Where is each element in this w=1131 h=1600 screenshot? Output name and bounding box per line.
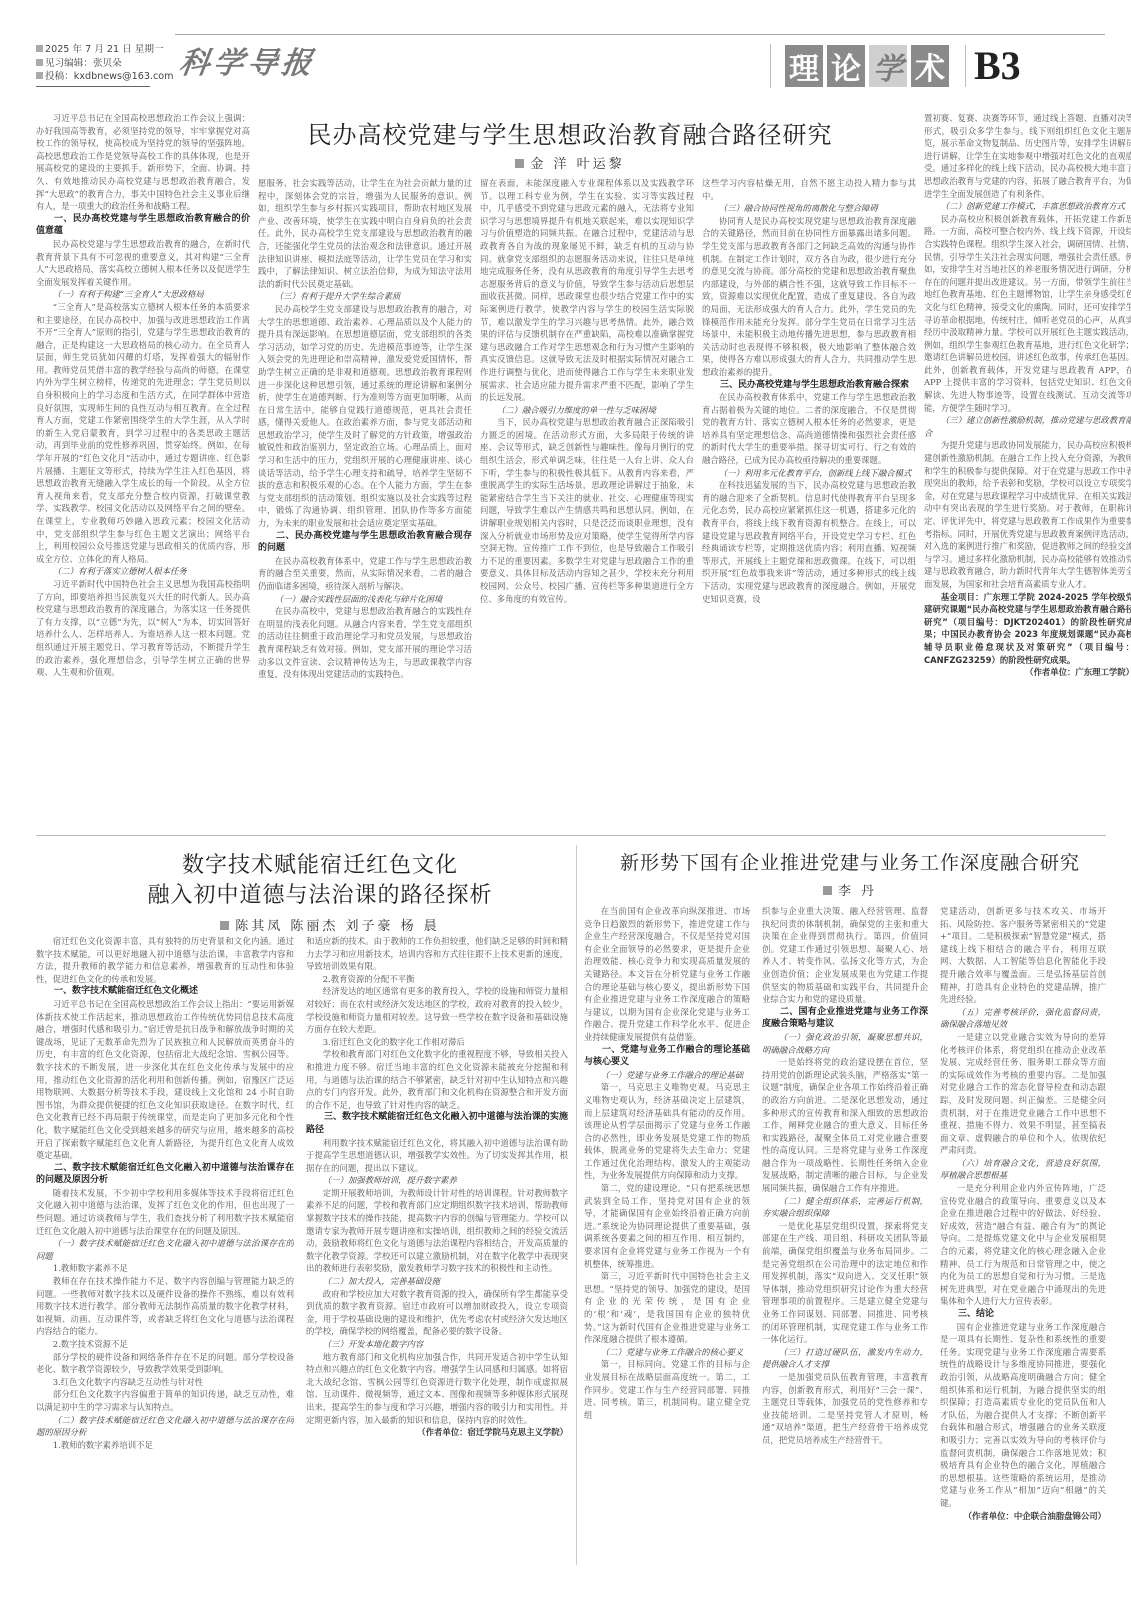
- article2-title-line1: 数字技术赋能宿迁红色文化: [60, 848, 580, 879]
- paragraph: 民办高校应积极创新教育载体，开拓党建工作新思路。一方面，高校可整合校内外、线上线…: [924, 213, 1131, 415]
- paragraph: 2.数字技术资源不足: [36, 1338, 294, 1351]
- article2-col-2: 和适应新的技术。由于教师的工作负担较重，他们缺乏足够的时间和精力去学习和应用新技…: [306, 935, 568, 1590]
- paragraph: 民办高校党建与学生思想政治教育的融合，在新时代教育背景下具有不可忽视的重要意义，…: [36, 238, 250, 288]
- author-affiliation: （作者单位：广东理工学院）: [924, 666, 1131, 679]
- article2-authors: 陈其凤 陈丽杰 刘子豪 杨 晨: [140, 915, 520, 934]
- article1-columns: 习近平总书记在全国高校思想政治工作会议上强调：办好我国高等教育，必须坚持党的领导…: [36, 112, 1106, 832]
- article2-title-line2: 融入初中道德与法治课的路径探析: [60, 878, 580, 909]
- subsection-heading: （二）创新党建工作模式，丰富思想政治教育方式: [924, 200, 1131, 213]
- paragraph: 在科技迅猛发展的当下，民办高校党建与思想政治教育的融合迎来了全新契机。信息时代使…: [702, 479, 916, 605]
- paragraph: 在民办高校教育体系中，党建工作与学生思想政治教育占据着极为关键的地位。二者的深度…: [702, 391, 916, 467]
- section-divider: [36, 835, 1106, 836]
- section-heading: 三、民办高校党建与学生思想政治教育融合探索: [702, 379, 916, 392]
- subsection-heading: （一）强化政治引领，凝聚思想共识，明确融合战略方向: [762, 1031, 928, 1056]
- section-heading: 三、结论: [940, 1308, 1106, 1321]
- subsection-heading: （一）利用多元化教育平台，创新线上线下融合模式: [702, 467, 916, 480]
- paragraph: 在当前国有企业改革向纵深推进、市场竞争日趋激烈的新形势下，推进党建工作与企业生产…: [584, 905, 750, 1044]
- paragraph: 教师在存在技术操作能力不足、数字内容创编与管理能力缺乏的问题。一些教师对数字技术…: [36, 1275, 294, 1338]
- subsection-heading: （三）建立创新性激励机制，推动党建与思政教育融合: [924, 414, 1131, 439]
- article3-title: 新形势下国有企业推进党建与业务工作深度融合研究: [590, 848, 1110, 875]
- section-heading: 一、数字技术赋能宿迁红色文化概述: [36, 985, 294, 998]
- paragraph: 宿迁红色文化资源丰富，具有独特的历史背景和文化内涵。通过数字技术赋能，可以更好地…: [36, 935, 294, 985]
- paragraph: 经济发达的地区通常有更多的教育投入，学校的设施和师资力量相对较好；而在农村或经济…: [306, 985, 568, 1035]
- column-divider: [576, 845, 577, 1565]
- subsection-heading: （一）加强教师培训，提升数字素养: [306, 1174, 568, 1187]
- paragraph: 随着技术发展，不少初中学校利用多媒体等技术手段将宿迁红色文化融入初中道德与法治课…: [36, 1187, 294, 1237]
- author-affiliation: （作者单位：宿迁学院马克思主义学院）: [306, 1426, 568, 1439]
- paragraph: 一是建立以党业融合实效为导向的差异化考核评价体系，将党组织在推动企业改革发展、完…: [940, 1031, 1106, 1157]
- paragraph: 置初赛、复赛、决赛等环节，通过线上答题、直播对决等形式，吸引众多学生参与。线下则…: [924, 112, 1131, 200]
- article1-col-3: 留在表面，未能深度融入专业课程体系以及实践教学环节。以理工科专业为例，学生在实验…: [480, 177, 694, 827]
- paragraph: 第一，目标同向。党建工作的目标与企业发展目标在战略层面高度统一。第二，工作同步。…: [584, 1358, 750, 1421]
- subsection-heading: （三）有利于提升大学生综合素质: [258, 290, 472, 303]
- section-heading: 一、民办高校党建与学生思想政治教育融合的价值意蕴: [36, 213, 250, 238]
- square-bullet-icon: [220, 921, 229, 930]
- subsection-heading: （二）有利于落实立德树人根本任务: [36, 565, 250, 578]
- subsection-heading: （三）打造过硬队伍，激发内生动力，提供融合人才支撑: [762, 1346, 928, 1371]
- paragraph: 在民办高校教育体系中，党建工作与学生思想政治教育的融合至关重要，然而，从实际情况…: [258, 555, 472, 593]
- paragraph: “三全育人”是高校落实立德树人根本任务的本质要求和主要途径，在民办高校中，加强与…: [36, 301, 250, 565]
- subsection-heading: （六）培育融合文化，营造良好氛围，厚植融合思想根基: [940, 1157, 1106, 1182]
- subsection-heading: （二）健全组织体系，完善运行机制，夯实融合组织保障: [762, 1195, 928, 1220]
- paragraph: 一是优化基层党组织设置，探索将党支部建在生产线、项目组、科研攻关团队等最前端，确…: [762, 1220, 928, 1346]
- subsection-heading: （二）融合吸引力维度的单一性与乏味困境: [480, 404, 694, 417]
- paragraph: 习近平总书记在全国高校思想政治工作会议上强调：办好我国高等教育，必须坚持党的领导…: [36, 112, 250, 213]
- section-heading: 二、数字技术赋能宿迁红色文化融入初中道德与法治课存在的问题及原因分析: [36, 1162, 294, 1187]
- subsection-heading: （一）融合实践性层面的浅表化与碎片化困境: [258, 593, 472, 606]
- paragraph: 党建活动，创新更多与技术攻关、市场开拓、风险防控、客户服务等紧密相关的“党建+”…: [940, 905, 1106, 1006]
- paragraph: 协同育人是民办高校实现党建与思想政治教育深度融合的关键路径，然而目前在协同性方面…: [702, 215, 916, 379]
- paragraph: 民办高校学生党支部建设与思想政治教育的融合，对大学生的思想道德、政治素养、心理品…: [258, 303, 472, 530]
- paragraph: 一是始终将党的政治建设摆在首位，坚持用党的创新理论武装头脑，严格落实“第一议题”…: [762, 1056, 928, 1195]
- paragraph: 一是加强党员队伍教育管理，丰富教育内容，创新教育形式，利用好“三会一课”、主题党…: [762, 1371, 928, 1447]
- paragraph: 1.教师数字素养不足: [36, 1262, 294, 1275]
- paragraph: 部分学校的硬件设备和网络条件存在不足的问题。部分学校设备老化、数字教学资源较少，…: [36, 1351, 294, 1376]
- square-bullet-icon: [823, 886, 832, 895]
- subsection-heading: （一）党建与业务工作融合的理论基础: [584, 1069, 750, 1082]
- paragraph: 愿服务、社会实践等活动，让学生在为社会贡献力量的过程中，深刻体会党的宗旨，增强为…: [258, 177, 472, 290]
- paragraph: 2.教育资源的分配不平衡: [306, 973, 568, 986]
- paragraph: 第二，党的建设理论。“只有把系统思想武装到全局工作，坚持党对国有企业的领导，才能…: [584, 1182, 750, 1270]
- subsection-heading: （二）党建与业务工作融合的核心要义: [584, 1346, 750, 1359]
- article3-col-3: 党建活动，创新更多与技术攻关、市场开拓、风险防控、客户服务等紧密相关的“党建+”…: [940, 905, 1106, 1590]
- section-heading: 一、党建与业务工作融合的理论基础与核心要义: [584, 1044, 750, 1069]
- paragraph: 学校和教育部门对红色文化数字化的重视程度不够，导致相关投入和推进力度不够。宿迁当…: [306, 1048, 568, 1111]
- paragraph: 和适应新的技术。由于教师的工作负担较重，他们缺乏足够的时间和精力去学习和应用新技…: [306, 935, 568, 973]
- paragraph: 为提升党建与思政协同发展能力，民办高校应积极构建创新性激励机制。在融合工作上投入…: [924, 439, 1131, 590]
- paragraph: 习近平新时代中国特色社会主义思想为我国高校指明了方向，即要培养担当民族复兴大任的…: [36, 578, 250, 679]
- article3-col-1: 在当前国有企业改革向纵深推进、市场竞争日趋激烈的新形势下，推进党建工作与企业生产…: [584, 905, 750, 1590]
- subsection-heading: （三）融合协同性视角的离散化与整合障碍: [702, 202, 916, 215]
- paragraph: 地方教育部门和文化机构应加强合作，共同开发适合初中学生认知特点和兴趣点的红色文化…: [306, 1351, 568, 1427]
- article2-col-1: 宿迁红色文化资源丰富，具有独特的历史背景和文化内涵。通过数字技术赋能，可以更好地…: [36, 935, 294, 1590]
- article1-col-4: 这些学习内容枯燥无用，自然不愿主动投入精力参与其中。（三）融合协同性视角的离散化…: [702, 177, 916, 827]
- section-heading: 三、数字技术赋能宿迁红色文化融入初中道德与法治课的实施路径: [306, 1111, 568, 1136]
- subsection-heading: （二）加大投入，完善基础设施: [306, 1275, 568, 1288]
- article2-columns: 宿迁红色文化资源丰富，具有独特的历史背景和文化内涵。通过数字技术赋能，可以更好地…: [36, 935, 572, 1595]
- paragraph: 利用数字技术赋能宿迁红色文化，将其融入初中道德与法治课有助于提高学生思想道德认识…: [306, 1137, 568, 1175]
- paragraph: 在民办高校中，党建与思想政治教育融合的实践性存在明显的浅表化问题。从融合内容来看…: [258, 605, 472, 681]
- paragraph: 定期开展教师培训，为教师设计针对性的培训课程。针对教师数字素养不足的问题，学校和…: [306, 1187, 568, 1275]
- subsection-heading: （二）数字技术赋能宿迁红色文化融入初中道德与法治课存在问题的原因分析: [36, 1414, 294, 1439]
- section-heading: 二、国有企业推进党建与业务工作深度融合策略与建议: [762, 1006, 928, 1031]
- subsection-heading: （一）数字技术赋能宿迁红色文化融入初中道德与法治课存在的问题: [36, 1237, 294, 1262]
- paragraph: 部分红色文化数字内容偏重于简单的知识传递，缺乏互动性，难以满足初中生的学习需求与…: [36, 1388, 294, 1413]
- article1-col-1: 习近平总书记在全国高校思想政治工作会议上强调：办好我国高等教育，必须坚持党的领导…: [36, 112, 250, 827]
- article3-columns: 在当前国有企业改革向纵深推进、市场竞争日趋激烈的新形势下，推进党建工作与企业生产…: [584, 905, 1106, 1595]
- paragraph: 一是充分利用企业内外宣传阵地，广泛宣传党业融合的政策导向、重要意义以及本企业在推…: [940, 1182, 1106, 1308]
- author-affiliation: （作者单位：中企联合油脂盘锦公司）: [940, 1510, 1106, 1523]
- paragraph: 第一，马克思主义唯物史观。马克思主义唯物史观认为，经济基础决定上层建筑，而上层建…: [584, 1081, 750, 1182]
- article1-col-2: 愿服务、社会实践等活动，让学生在为社会贡献力量的过程中，深刻体会党的宗旨，增强为…: [258, 177, 472, 827]
- paragraph: 这些学习内容枯燥无用，自然不愿主动投入精力参与其中。: [702, 177, 916, 202]
- article1-col-5: 置初赛、复赛、决赛等环节，通过线上答题、直播对决等形式，吸引众多学生参与。线下则…: [924, 112, 1131, 827]
- paragraph: 3.红色文化数字内容缺乏互动性与针对性: [36, 1376, 294, 1389]
- article3-authors: 李 丹: [790, 880, 910, 899]
- paragraph: 当下，民办高校党建与思想政治教育融合正深陷吸引力匮乏的困境。在活动形式方面，大多…: [480, 416, 694, 605]
- paragraph: 政府和学校应加大对数字教育资源的投入，确保所有学生都能享受到优质的数字教育资源。…: [306, 1288, 568, 1338]
- section-heading: 二、民办高校党建与学生思想政治教育融合现存的问题: [258, 530, 472, 555]
- paragraph: 1.教师的数字素养培训不足: [36, 1439, 294, 1452]
- funding-note: 基金项目：广东理工学院 2024-2025 学年校级党建研究课题“民办高校党建与…: [924, 591, 1131, 667]
- paragraph: 织参与企业重大决策、融入经营管理、监督执纪问责的体制机制，确保党的主张和重大决策…: [762, 905, 928, 1006]
- paragraph: 国有企业推进党建与业务工作深度融合是一项具有长期性、复杂性和系统性的重要任务。实…: [940, 1321, 1106, 1510]
- paragraph: 3.宿迁红色文化的数字化工作相对滞后: [306, 1036, 568, 1049]
- paragraph: 留在表面，未能深度融入专业课程体系以及实践教学环节。以理工科专业为例，学生在实验…: [480, 177, 694, 404]
- subsection-heading: （三）开发本地化数字内容: [306, 1338, 568, 1351]
- paragraph: 第三，习近平新时代中国特色社会主义思想。“坚持党的领导、加强党的建设，是国有企业…: [584, 1270, 750, 1346]
- article3-col-2: 织参与企业重大决策、融入经营管理、监督执纪问责的体制机制，确保党的主张和重大决策…: [762, 905, 928, 1590]
- subsection-heading: （一）有利于构建“三全育人”大思政格局: [36, 288, 250, 301]
- subsection-heading: （五）完善考核评价，强化监督问责，确保融合落地见效: [940, 1006, 1106, 1031]
- paragraph: 习近平总书记在全国高校思想政治工作会议上指出：“要运用新媒体新技术使工作活起来，…: [36, 998, 294, 1162]
